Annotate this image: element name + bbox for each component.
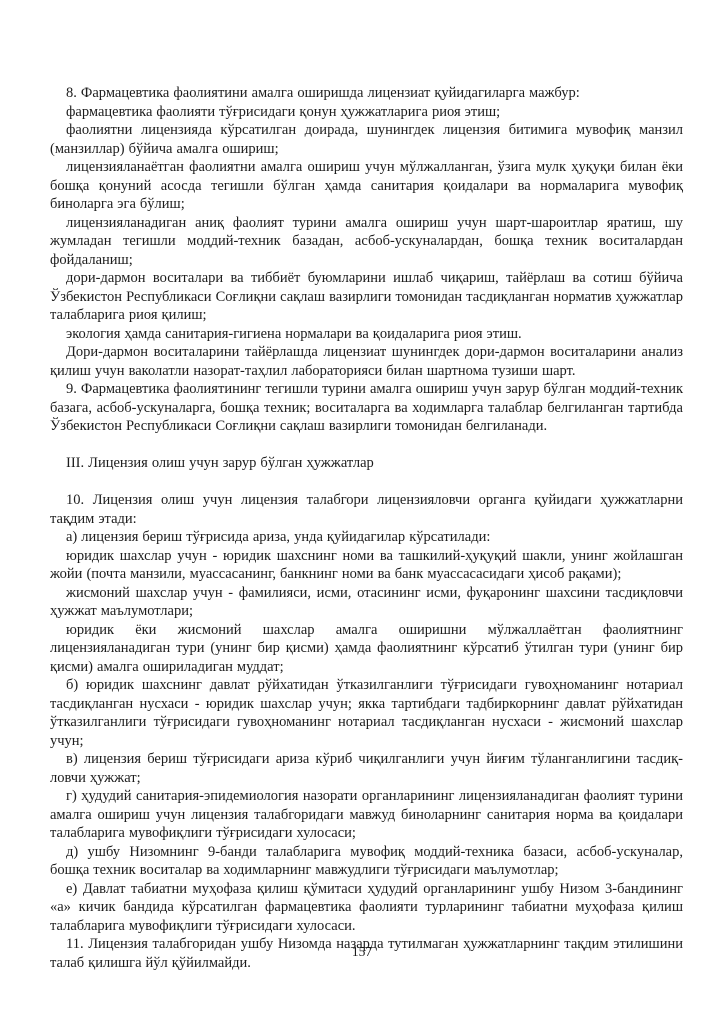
clause-8-item-2: фаолиятни лицензияда кўрсатилган доирада… [50,121,683,158]
document-page: 8. Фармацевтика фаолиятини амалга ошириш… [0,0,724,1024]
clause-8-item-6: экология ҳамда санитария-гигиена нормала… [50,325,683,344]
clause-8-item-1: фармацевтика фаолияти тўғрисидаги қонун … [50,103,683,122]
clause-10-item-a-sub-3: юридик ёки жисмоний шахслар амалга ошири… [50,621,683,677]
clause-8-note: Дори-дармон воситаларини тайёрлашда лице… [50,343,683,380]
clause-8-intro: 8. Фармацевтика фаолиятини амалга ошириш… [50,84,683,103]
clause-10-item-a-sub-2: жисмоний шахслар учун - фамилияси, исми,… [50,584,683,621]
clause-10-item-g: г) ҳудудий санитария-эпидемиология назор… [50,787,683,843]
text-block: 8. Фармацевтика фаолиятини амалга ошириш… [50,84,683,972]
section-iii-heading: III. Лицензия олиш учун зарур бўлган ҳуж… [50,454,683,473]
clause-9: 9. Фармацевтика фаолиятининг тегишли тур… [50,380,683,436]
clause-10-item-v: в) лицензия бериш тўғрисидаги ариза кўри… [50,750,683,787]
clause-10-item-d: д) ушбу Низомнинг 9-банди талабларига му… [50,843,683,880]
clause-10-item-a-sub-1: юридик шахслар учун - юридик шахснинг но… [50,547,683,584]
clause-10-item-e: е) Давлат табиатни муҳофаза қилиш қўмита… [50,880,683,936]
clause-10-item-a: а) лицензия бериш тўғрисида ариза, унда … [50,528,683,547]
clause-8-item-4: лицензияланадиган аниқ фаолият турини ам… [50,214,683,270]
clause-10-intro: 10. Лицензия олиш учун лицензия талабгор… [50,491,683,528]
clause-8-item-3: лицензияланаётган фаолиятни амалга ошири… [50,158,683,214]
page-number: 157 [0,944,724,960]
clause-8-item-5: дори-дармон воситалари ва тиббиёт буюмла… [50,269,683,325]
clause-10-item-b: б) юридик шахснинг давлат рўйхатидан ўтк… [50,676,683,750]
